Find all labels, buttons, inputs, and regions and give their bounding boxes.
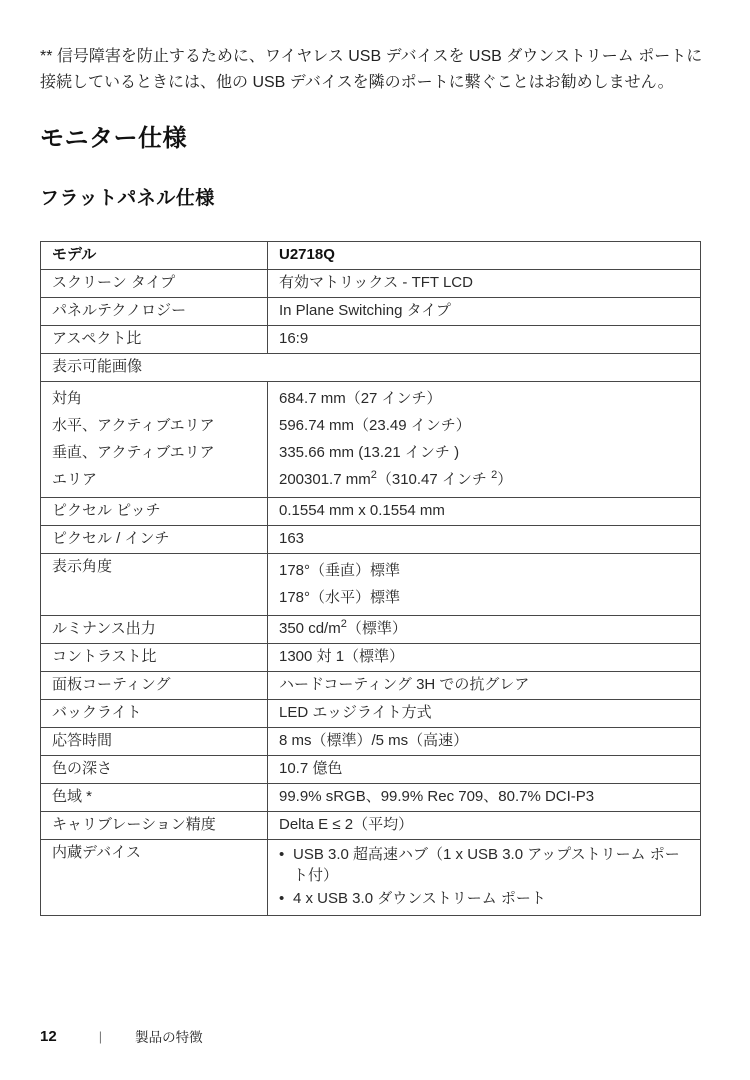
table-row-panel-tech: パネルテクノロジー In Plane Switching タイプ (41, 298, 701, 326)
table-row-viewable-image: 表示可能画像 (41, 354, 701, 382)
spec-label-aspect-ratio: アスペクト比 (41, 326, 268, 354)
spec-label-viewing-angle: 表示角度 (41, 554, 268, 616)
table-row-contrast: コントラスト比 1300 対 1（標準） (41, 644, 701, 672)
spec-value-luminance: 350 cd/m2（標準） (268, 616, 701, 644)
table-row-pixel-pitch: ピクセル ピッチ 0.1554 mm x 0.1554 mm (41, 498, 701, 526)
table-row-ppi: ピクセル / インチ 163 (41, 526, 701, 554)
table-row-screen-type: スクリーン タイプ 有効マトリックス - TFT LCD (41, 270, 701, 298)
spec-label-coating: 面板コーティング (41, 672, 268, 700)
page-title: モニター仕様 (40, 118, 710, 153)
document-page: ** 信号障害を防止するために、ワイヤレス USB デバイスを USB ダウンス… (0, 0, 750, 1080)
table-row-built-in-devices: 内蔵デバイス USB 3.0 超高速ハブ（1 x USB 3.0 アップストリー… (41, 840, 701, 916)
usb-warning-note: ** 信号障害を防止するために、ワイヤレス USB デバイスを USB ダウンス… (40, 44, 712, 96)
dim-value-vertical: 335.66 mm (13.21 インチ ) (279, 439, 689, 466)
spec-value-contrast: 1300 対 1（標準） (268, 644, 701, 672)
viewing-angle-vertical: 178°（垂直）標準 (279, 557, 689, 584)
dim-label-area: エリア (52, 466, 256, 493)
spec-value-backlight: LED エッジライト方式 (268, 700, 701, 728)
table-row-color-gamut: 色域 * 99.9% sRGB、99.9% Rec 709、80.7% DCI-… (41, 784, 701, 812)
spec-value-ppi: 163 (268, 526, 701, 554)
text-part: ） (497, 471, 512, 488)
text-part: （標準） (347, 620, 407, 637)
table-row-luminance: ルミナンス出力 350 cd/m2（標準） (41, 616, 701, 644)
spec-value-aspect-ratio: 16:9 (268, 326, 701, 354)
table-row-backlight: バックライト LED エッジライト方式 (41, 700, 701, 728)
table-row-model: モデル U2718Q (41, 242, 701, 270)
viewing-angle-horizontal: 178°（水平）標準 (279, 584, 689, 611)
dim-value-horizontal: 596.74 mm（23.49 インチ） (279, 412, 689, 439)
spec-value-model: U2718Q (268, 242, 701, 270)
table-row-color-depth: 色の深さ 10.7 億色 (41, 756, 701, 784)
spec-label-ppi: ピクセル / インチ (41, 526, 268, 554)
spec-label-calibration: キャリブレーション精度 (41, 812, 268, 840)
table-row-viewing-angle: 表示角度 178°（垂直）標準 178°（水平）標準 (41, 554, 701, 616)
table-row-coating: 面板コーティング ハードコーティング 3H での抗グレア (41, 672, 701, 700)
spec-value-pixel-pitch: 0.1554 mm x 0.1554 mm (268, 498, 701, 526)
table-row-dimensions: 対角 水平、アクティブエリア 垂直、アクティブエリア エリア 684.7 mm（… (41, 382, 701, 498)
spec-label-contrast: コントラスト比 (41, 644, 268, 672)
spec-value-screen-type: 有効マトリックス - TFT LCD (268, 270, 701, 298)
spec-label-color-gamut: 色域 * (41, 784, 268, 812)
flat-panel-spec-table: モデル U2718Q スクリーン タイプ 有効マトリックス - TFT LCD … (40, 241, 701, 916)
spec-value-calibration: Delta E ≤ 2（平均） (268, 812, 701, 840)
dim-value-diagonal: 684.7 mm（27 インチ） (279, 385, 689, 412)
spec-value-color-depth: 10.7 億色 (268, 756, 701, 784)
footer-section-title: 製品の特徴 (135, 1026, 203, 1046)
page-footer: 12 | 製品の特徴 (40, 1026, 203, 1046)
dim-label-horizontal: 水平、アクティブエリア (52, 412, 256, 439)
spec-value-panel-tech: In Plane Switching タイプ (268, 298, 701, 326)
device-list-item: 4 x USB 3.0 ダウンストリーム ポート (279, 888, 689, 909)
device-list-item: USB 3.0 超高速ハブ（1 x USB 3.0 アップストリーム ポート付） (279, 844, 689, 886)
spec-label-luminance: ルミナンス出力 (41, 616, 268, 644)
page-number: 12 (40, 1028, 57, 1045)
spec-label-viewable-image: 表示可能画像 (41, 354, 701, 382)
text-part: 200301.7 mm (279, 471, 371, 488)
spec-value-built-in-devices: USB 3.0 超高速ハブ（1 x USB 3.0 アップストリーム ポート付）… (268, 840, 701, 916)
spec-value-coating: ハードコーティング 3H での抗グレア (268, 672, 701, 700)
table-row-response-time: 応答時間 8 ms（標準）/5 ms（高速） (41, 728, 701, 756)
spec-label-dimensions: 対角 水平、アクティブエリア 垂直、アクティブエリア エリア (41, 382, 268, 498)
section-subtitle: フラットパネル仕様 (40, 183, 710, 210)
spec-value-dimensions: 684.7 mm（27 インチ） 596.74 mm（23.49 インチ） 33… (268, 382, 701, 498)
text-part: （310.47 インチ (377, 471, 491, 488)
spec-label-pixel-pitch: ピクセル ピッチ (41, 498, 268, 526)
footer-separator: | (99, 1029, 102, 1044)
spec-label-panel-tech: パネルテクノロジー (41, 298, 268, 326)
spec-value-color-gamut: 99.9% sRGB、99.9% Rec 709、80.7% DCI-P3 (268, 784, 701, 812)
dim-value-area: 200301.7 mm2（310.47 インチ 2） (279, 466, 689, 493)
table-row-calibration: キャリブレーション精度 Delta E ≤ 2（平均） (41, 812, 701, 840)
table-row-aspect-ratio: アスペクト比 16:9 (41, 326, 701, 354)
dim-label-diagonal: 対角 (52, 385, 256, 412)
spec-label-screen-type: スクリーン タイプ (41, 270, 268, 298)
spec-label-built-in-devices: 内蔵デバイス (41, 840, 268, 916)
spec-value-viewing-angle: 178°（垂直）標準 178°（水平）標準 (268, 554, 701, 616)
text-part: 350 cd/m (279, 620, 341, 637)
device-list: USB 3.0 超高速ハブ（1 x USB 3.0 アップストリーム ポート付）… (279, 844, 689, 909)
dim-label-vertical: 垂直、アクティブエリア (52, 439, 256, 466)
spec-label-backlight: バックライト (41, 700, 268, 728)
spec-label-color-depth: 色の深さ (41, 756, 268, 784)
spec-label-model: モデル (41, 242, 268, 270)
spec-label-response-time: 応答時間 (41, 728, 268, 756)
spec-value-response-time: 8 ms（標準）/5 ms（高速） (268, 728, 701, 756)
